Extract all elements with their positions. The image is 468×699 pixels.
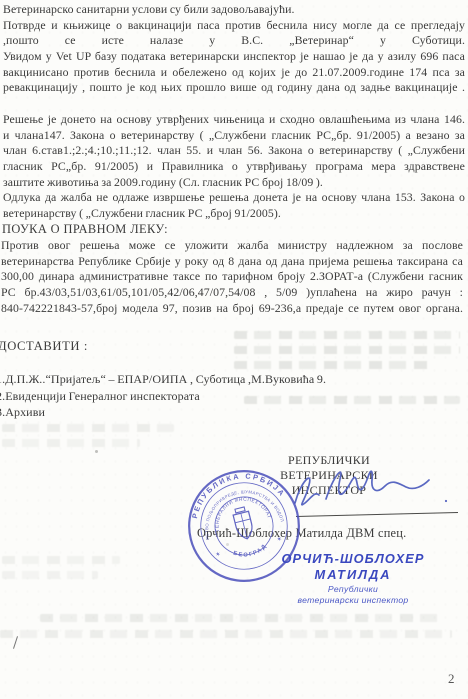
name-stamp-role: Републички (262, 584, 444, 595)
text-line: гласник РС„бр. 91/2005) и Правилника о у… (3, 159, 465, 175)
bleed-through-text (2, 571, 98, 579)
coat-of-arms-icon (232, 506, 255, 541)
text-line: и члана147. Закона о ветеринарству ( „Сл… (3, 128, 465, 144)
name-stamp-line: МАТИЛДА (262, 567, 444, 583)
legal-remedy-heading: ПОУКА О ПРАВНОМ ЛЕКУ: (2, 222, 464, 237)
handwritten-signature (288, 458, 460, 518)
text-line: ветеринарства Републике Србије у року од… (1, 254, 463, 270)
text-line: Одлука да жалба не одлаже извршење решењ… (3, 190, 465, 206)
name-stamp-role: ветеринарски инспектор (262, 595, 444, 606)
text-line: Против овог решења може се уложити жалба… (1, 238, 463, 254)
list-item: 3.Архиви (0, 404, 466, 421)
bleed-through-text (0, 630, 452, 638)
text-line: Увидом у Vet UP базу података ветеринарс… (3, 49, 465, 65)
bleed-through-text (234, 346, 460, 354)
text-line: 840-742221843-57,број модела 97, позив н… (1, 301, 463, 317)
bleed-through-text (2, 556, 120, 564)
deliver-to-list: 1.Д.П.Ж..“Пријатељ“ – ЕПАР/ОИПА , Суботи… (0, 371, 466, 421)
bleed-through-text (40, 614, 442, 622)
pen-mark (13, 636, 18, 649)
list-item: 1.Д.П.Ж..“Пријатељ“ – ЕПАР/ОИПА , Суботи… (0, 371, 466, 388)
page-number: 2 (448, 671, 455, 687)
text-line: 300,00 динара административне таксе по т… (1, 269, 463, 285)
stamp-star-icon: ✶ (276, 535, 283, 543)
list-item: 2.Евиденцији Генералног инспектората (0, 388, 466, 405)
text-line: заштите животиња за 2009.годину (Сл. гла… (3, 175, 465, 191)
deliver-to-heading: ДОСТАВИТИ : (0, 339, 88, 354)
bleed-through-text (2, 424, 174, 432)
text-line: Потврде и књижице о вакцинацији паса про… (3, 18, 465, 34)
inspector-name-stamp: ОРЧИЋ-ШОБЛОХЕР МАТИЛДА Републички ветери… (262, 551, 444, 605)
text-line: члан 6.став1.;2.;4.;10.;11.;12. члан 55.… (3, 143, 465, 159)
legal-remedy-paragraph: Против овог решења може се уложити жалба… (1, 238, 463, 316)
legal-basis-paragraph: Решење је донето на основу утврђених чињ… (3, 112, 465, 222)
text-line: Ветеринарско санитарни услови су били за… (3, 2, 465, 18)
text-line: РС бр.43/03,51/03,61/05,101/05,42/06,47/… (1, 285, 463, 301)
bleed-through-text (2, 439, 140, 447)
text-line: вакцинисано против беснила и обележено о… (3, 65, 465, 81)
bleed-through-text (234, 331, 460, 339)
bleed-through-text (234, 361, 432, 369)
text-line: Решење је донето на основу утврђених чињ… (3, 112, 465, 128)
text-line: ,пошто се исте налазе у В.С. „Ветеринар“… (3, 33, 465, 49)
scan-speck (95, 450, 98, 453)
text-line: ветеринарству ( „Службени гласник РС „бр… (3, 206, 465, 222)
scanned-document-page: Ветеринарско санитарни услови су били за… (0, 0, 468, 699)
findings-paragraph: Ветеринарско санитарни услови су били за… (3, 2, 465, 96)
name-stamp-line: ОРЧИЋ-ШОБЛОХЕР (262, 551, 444, 567)
text-line: ревакцинацију , пошто је код њих прошло … (3, 80, 465, 96)
stamp-star-icon: ✶ (215, 551, 222, 559)
